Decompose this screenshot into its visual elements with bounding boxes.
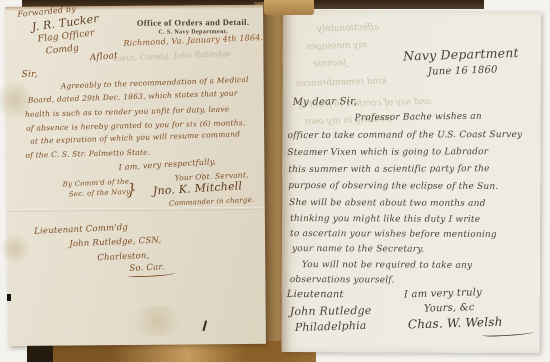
body-line: of the C. S. Str. Palmetto State. [25, 148, 150, 160]
fold-crease [7, 207, 265, 212]
letterhead-office-line: Office of Orders and Detail. [123, 17, 263, 28]
closing-line: I am, very respectfully, [118, 157, 216, 172]
bleed-through-line: affectionately [317, 22, 379, 34]
address-line: Charleston, [97, 251, 150, 263]
faint-addressee-line: Lieut. Comdg. John Rutledge [113, 49, 231, 63]
signature-title: Commander in charge. [169, 196, 255, 208]
body-line: observations yourself. [290, 275, 395, 285]
paper-stain [1, 232, 29, 266]
body-line: purpose of observing the eclipse of the … [288, 181, 498, 192]
address-line: Philadelphia [295, 319, 367, 334]
paper-stain [128, 305, 188, 336]
body-line: to ascertain your wishes before mentioni… [290, 229, 497, 240]
spine-tab [264, 0, 314, 15]
left-letter-page: Forwarded by J. R. Tucker Flag Officer C… [5, 5, 266, 346]
by-command-line: By Comm'd of the [63, 178, 130, 189]
salutation: My dear Sir, [293, 96, 358, 108]
body-line: officer to take command of the U.S. Coas… [287, 130, 522, 141]
address-line: John Rutledge, CSN, [69, 235, 162, 249]
address-line: Lieutenant Comm'dg [34, 223, 128, 237]
photo-of-open-letter-book: Forwarded by J. R. Tucker Flag Officer C… [0, 0, 550, 362]
bleed-through-line: my messages [306, 40, 367, 52]
bleed-through-line: Jeannie [313, 58, 347, 69]
dateline-department: Navy Department [403, 45, 519, 64]
body-line: Board, dated 29th Dec. 1863, which state… [28, 88, 238, 104]
address-line: John Rutledge [290, 304, 372, 318]
right-letter-page: affectionately my messages Jeannie kind … [282, 10, 541, 353]
body-line: You will not be required to take any [302, 260, 472, 271]
body-line: your name to the Secretary. [292, 244, 424, 255]
by-command-line: Sec. of the Navy [69, 188, 131, 199]
salutation: Sir, [22, 70, 38, 80]
signature-flourish [482, 330, 534, 337]
body-line: health is such as to render you unfit fo… [25, 104, 230, 118]
body-line: Steamer Vixen which is going to Labrador [287, 147, 488, 158]
body-line: this summer with a scientific party for … [288, 164, 489, 175]
closing-line: Yours, &c [424, 302, 475, 315]
staple-mark [7, 294, 11, 301]
signature-flourish [127, 271, 175, 278]
body-line: Professor Bache wishes an [355, 112, 482, 124]
endorsement-line: Comdg [45, 43, 79, 56]
address-line: Lieutenant [287, 289, 344, 300]
bleed-through-line: kind remembrances [296, 76, 387, 89]
body-line: thinking you might like this duty I writ… [290, 214, 480, 225]
signature-jno-k-mitchell: Jno. K. Mitchell [153, 179, 243, 197]
dateline-date: June 16 1860 [428, 65, 498, 78]
brace-mark: } [127, 180, 138, 199]
body-line: She will be absent about two months and [289, 198, 485, 209]
closing-line: I am very truly [404, 287, 482, 300]
signature-chas-w-welsh: Chas. W. Welsh [408, 315, 503, 332]
stray-pen-mark [202, 320, 207, 331]
